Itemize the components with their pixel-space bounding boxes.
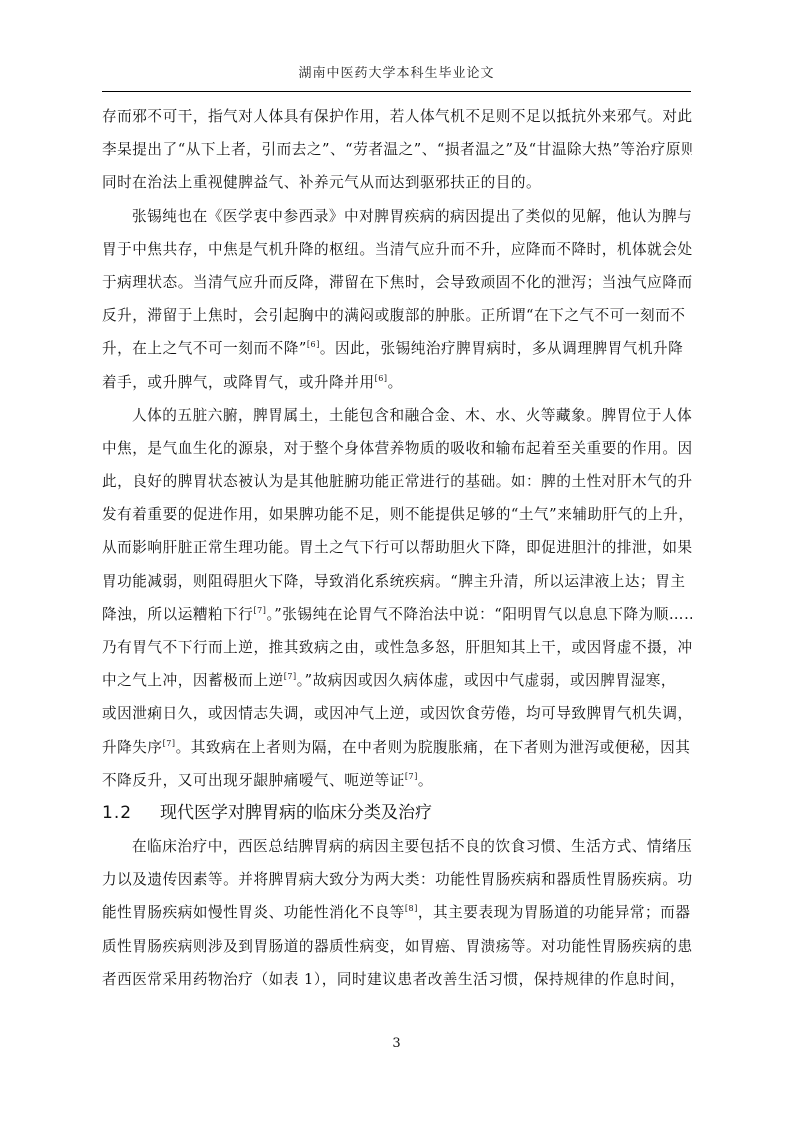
body-line: 中焦，是气血生化的源泉，对于整个身体营养物质的吸收和输布起着至关重要的作用。因 xyxy=(102,432,692,465)
body-line: 力以及遗传因素等。并将脾胃病大致分为两大类：功能性胃肠疾病和器质性胃肠疾病。功 xyxy=(102,863,692,896)
body-line: 发有着重要的促进作用，如果脾功能不足，则不能提供足够的“土气”来辅助肝气的上升， xyxy=(102,498,692,531)
body-line: 反升，滞留于上焦时，会引起胸中的满闷或腹部的肿胀。正所谓“在下之气不可一刻而不 xyxy=(102,299,692,332)
running-header: 湖南中医药大学本科生毕业论文 xyxy=(102,62,691,81)
body-line: 或因泄痢日久，或因情志失调，或因冲气上逆，或因饮食劳倦，均可导致脾胃气机失调， xyxy=(102,697,692,730)
citation-ref: [6] xyxy=(307,340,320,349)
body-line: 者西医常采用药物治疗（如表 1），同时建议患者改善生活习惯，保持规律的作息时间， xyxy=(102,963,692,996)
body-line: 于病理状态。当清气应升而反降，滞留在下焦时，会导致顽固不化的泄泻；当浊气应降而 xyxy=(102,266,692,299)
body-line: 着手，或升脾气，或降胃气，或升降并用[6]。 xyxy=(102,366,692,399)
section-heading: 1.2现代医学对脾胃病的临床分类及治疗 xyxy=(102,797,692,830)
body-line: 此，良好的脾胃状态被认为是其他脏腑功能正常进行的基础。如：脾的土性对肝木气的升 xyxy=(102,465,692,498)
body-line: 升降失序[7]。其致病在上者则为隔，在中者则为脘腹胀痛，在下者则为泄泻或便秘，因… xyxy=(102,731,692,764)
citation-ref: [7] xyxy=(163,739,176,748)
body-line: 降浊，所以运糟粕下行[7]。”张锡纯在论胃气不降治法中说：“阳明胃气以息息下降为… xyxy=(102,598,692,631)
body-line: 人体的五脏六腑，脾胃属土，土能包含和融合金、木、水、火等藏象。脾胃位于人体 xyxy=(102,399,692,432)
header-divider xyxy=(102,91,691,92)
body-line: 不降反升，又可出现牙龈肿痛嗳气、呃逆等证[7]。 xyxy=(102,764,692,797)
body-line: 胃功能减弱，则阻碍胆火下降，导致消化系统疾病。“脾主升清，所以运津液上达；胃主 xyxy=(102,565,692,598)
citation-ref: [7] xyxy=(405,772,418,781)
body-line: 存而邪不可干，指气对人体具有保护作用，若人体气机不足则不足以抵抗外来邪气。对此 xyxy=(102,100,692,133)
citation-ref: [7] xyxy=(253,606,266,615)
body-line: 在临床治疗中，西医总结脾胃病的病因主要包括不良的饮食习惯、生活方式、情绪压 xyxy=(102,830,692,863)
citation-ref: [6] xyxy=(375,374,388,383)
body-line: 质性胃肠疾病则涉及到胃肠道的器质性病变，如胃癌、胃溃疡等。对功能性胃肠疾病的患 xyxy=(102,930,692,963)
body-line: 升，在上之气不可一刻而不降”[6]。因此，张锡纯治疗脾胃病时，多从调理脾胃气机升… xyxy=(102,332,692,365)
body-line: 胃于中焦共存，中焦是气机升降的枢纽。当清气应升而不升，应降而不降时，机体就会处 xyxy=(102,233,692,266)
body-line: 张锡纯也在《医学衷中参西录》中对脾胃疾病的病因提出了类似的见解，他认为脾与 xyxy=(102,200,692,233)
body-line: 乃有胃气不下行而上逆，推其致病之由，或性急多怒，肝胆知其上干，或因肾虚不摄，冲 xyxy=(102,631,692,664)
citation-ref: [7] xyxy=(284,672,297,681)
section-number: 1.2 xyxy=(102,797,160,830)
page-number: 3 xyxy=(0,1036,793,1051)
citation-ref: [8] xyxy=(405,904,418,913)
body-line: 能性胃肠疾病如慢性胃炎、功能性消化不良等[8]，其主要表现为胃肠道的功能异常；而… xyxy=(102,896,692,929)
body-line: 从而影响肝脏正常生理功能。胃土之气下行可以帮助胆火下降，即促进胆汁的排泄，如果 xyxy=(102,531,692,564)
body-line: 李杲提出了“从下上者，引而去之”、“劳者温之”、“损者温之”及“甘温除大热”等治… xyxy=(102,133,692,166)
body-line: 中之气上冲，因蓄极而上逆[7]。”故病因或因久病体虚，或因中气虚弱，或因脾胃湿寒… xyxy=(102,664,692,697)
page-body: 存而邪不可干，指气对人体具有保护作用，若人体气机不足则不足以抵抗外来邪气。对此 … xyxy=(102,100,692,996)
section-title: 现代医学对脾胃病的临床分类及治疗 xyxy=(160,803,432,823)
body-line: 同时在治法上重视健脾益气、补养元气从而达到驱邪扶正的目的。 xyxy=(102,166,692,199)
